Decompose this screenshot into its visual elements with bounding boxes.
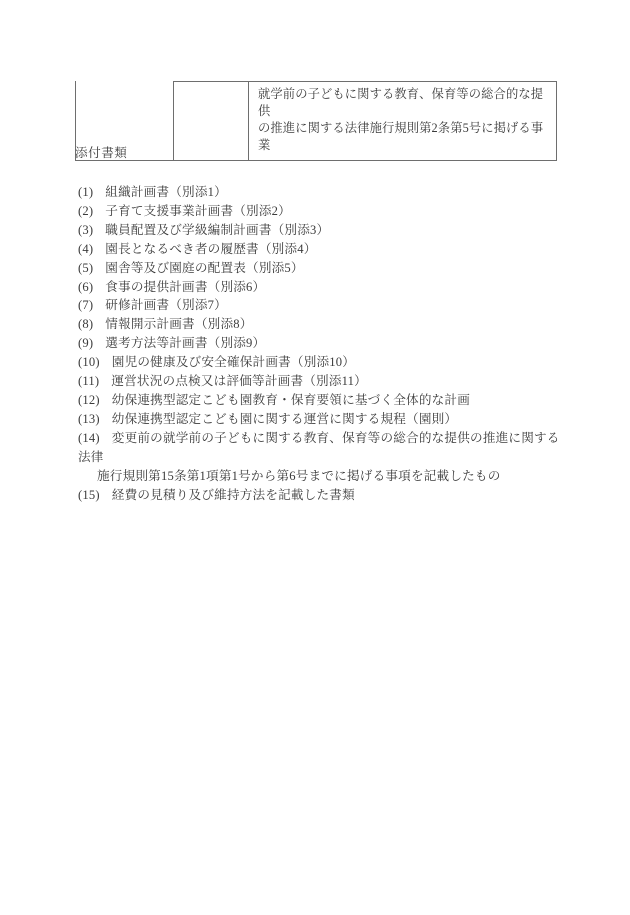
item-text-continuation: 施行規則第15条第1項第1号から第6号までに掲げる事項を記載したもの bbox=[97, 467, 564, 486]
list-item: (1)組織計画書（別添1） bbox=[78, 183, 564, 202]
item-text: 園児の健康及び安全確保計画書（別添10） bbox=[112, 355, 355, 369]
item-number: (13) bbox=[78, 412, 100, 426]
list-item: (15)経費の見積り及び維持方法を記載した書類 bbox=[78, 486, 564, 505]
item-text: 情報開示計画書（別添8） bbox=[105, 317, 252, 331]
table-cell-business-description: 就学前の子どもに関する教育、保育等の総合的な提供 の推進に関する法律施行規則第2… bbox=[248, 81, 557, 160]
table-cell-empty-2 bbox=[173, 81, 248, 160]
item-number: (7) bbox=[78, 298, 93, 312]
list-item: (14)変更前の就学前の子どもに関する教育、保育等の総合的な提供の推進に関する法… bbox=[78, 429, 564, 486]
list-item: (12)幼保連携型認定こども園教育・保育要領に基づく全体的な計画 bbox=[78, 391, 564, 410]
item-number: (6) bbox=[78, 280, 93, 294]
list-item: (8)情報開示計画書（別添8） bbox=[78, 315, 564, 334]
item-number: (14) bbox=[78, 431, 100, 445]
item-number: (15) bbox=[78, 488, 100, 502]
item-text: 経費の見積り及び維持方法を記載した書類 bbox=[112, 488, 355, 502]
item-number: (10) bbox=[78, 355, 100, 369]
item-number: (9) bbox=[78, 336, 93, 350]
list-item: (3)職員配置及び学級編制計画書（別添3） bbox=[78, 221, 564, 240]
item-text: 運営状況の点検又は評価等計画書（別添11） bbox=[111, 374, 367, 388]
item-text: 園長となるべき者の履歴書（別添4） bbox=[105, 242, 316, 256]
item-number: (11) bbox=[78, 374, 99, 388]
attachments-list: (1)組織計画書（別添1） (2)子育て支援事業計画書（別添2） (3)職員配置… bbox=[78, 183, 564, 504]
list-item: (11)運営状況の点検又は評価等計画書（別添11） bbox=[78, 372, 564, 391]
list-item: (6)食事の提供計画書（別添6） bbox=[78, 278, 564, 297]
document-page: 就学前の子どもに関する教育、保育等の総合的な提供 の推進に関する法律施行規則第2… bbox=[0, 0, 630, 915]
item-number: (5) bbox=[78, 261, 93, 275]
item-text: 園舎等及び園庭の配置表（別添5） bbox=[105, 261, 303, 275]
item-text: 幼保連携型認定こども園に関する運営に関する規程（園則） bbox=[112, 412, 457, 426]
item-text: 研修計画書（別添7） bbox=[105, 298, 227, 312]
list-item: (7)研修計画書（別添7） bbox=[78, 296, 564, 315]
list-item: (4)園長となるべき者の履歴書（別添4） bbox=[78, 240, 564, 259]
item-text: 変更前の就学前の子どもに関する教育、保育等の総合的な提供の推進に関する法律 bbox=[78, 431, 560, 464]
list-item: (2)子育て支援事業計画書（別添2） bbox=[78, 202, 564, 221]
item-number: (2) bbox=[78, 204, 93, 218]
list-item: (9)選考方法等計画書（別添9） bbox=[78, 334, 564, 353]
section-heading: 添付書類 bbox=[75, 145, 127, 161]
item-number: (1) bbox=[78, 185, 93, 199]
list-item: (10)園児の健康及び安全確保計画書（別添10） bbox=[78, 353, 564, 372]
table-fragment: 就学前の子どもに関する教育、保育等の総合的な提供 の推進に関する法律施行規則第2… bbox=[75, 81, 557, 161]
list-item: (5)園舎等及び園庭の配置表（別添5） bbox=[78, 259, 564, 278]
item-text: 食事の提供計画書（別添6） bbox=[105, 280, 265, 294]
item-number: (3) bbox=[78, 223, 93, 237]
item-number: (8) bbox=[78, 317, 93, 331]
item-text: 幼保連携型認定こども園教育・保育要領に基づく全体的な計画 bbox=[112, 393, 470, 407]
table-cell-line-2: の推進に関する法律施行規則第2条第5号に掲げる事業 bbox=[258, 120, 548, 154]
item-text: 子育て支援事業計画書（別添2） bbox=[105, 204, 291, 218]
item-number: (12) bbox=[78, 393, 100, 407]
list-item: (13)幼保連携型認定こども園に関する運営に関する規程（園則） bbox=[78, 410, 564, 429]
item-text: 職員配置及び学級編制計画書（別添3） bbox=[105, 223, 329, 237]
item-text: 選考方法等計画書（別添9） bbox=[105, 336, 265, 350]
item-text: 組織計画書（別添1） bbox=[105, 185, 227, 199]
table-cell-line-1: 就学前の子どもに関する教育、保育等の総合的な提供 bbox=[258, 86, 548, 120]
item-number: (4) bbox=[78, 242, 93, 256]
